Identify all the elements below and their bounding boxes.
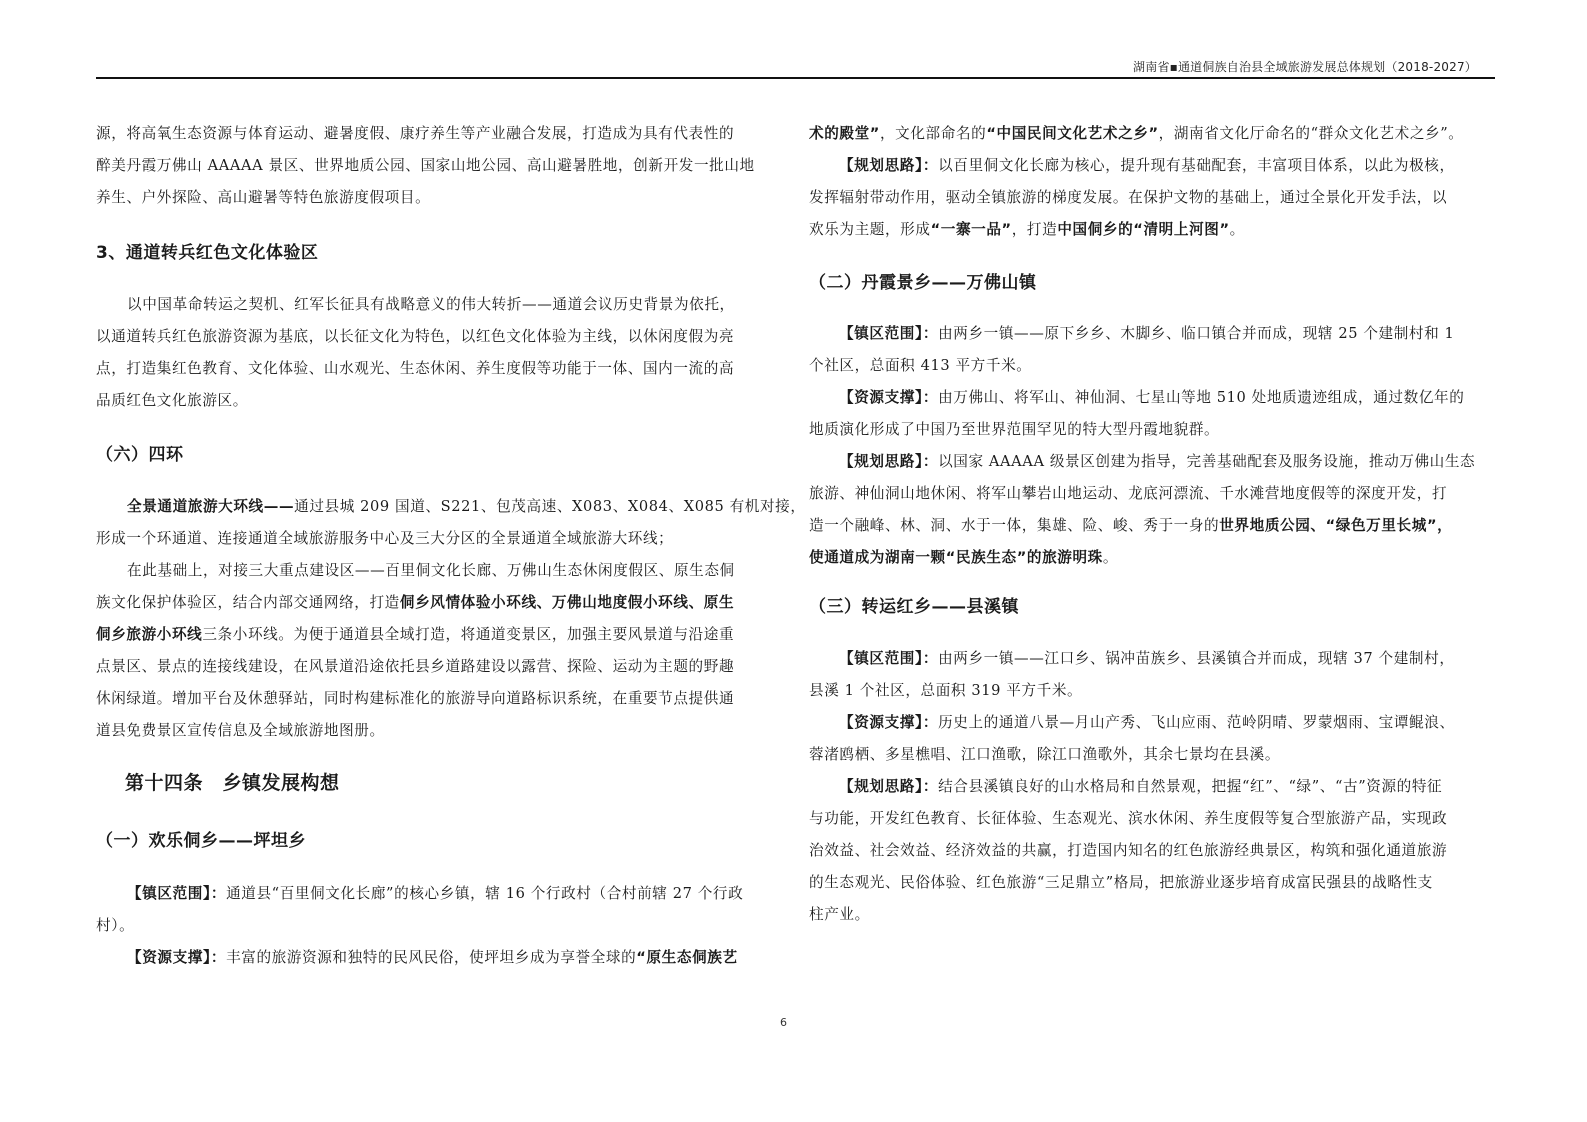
paragraph-line: 侗乡旅游小环线三条小环线。为便于通道县全域打造，将通道变景区，加强主要风景道与沿… — [96, 625, 734, 645]
text: 丰富的旅游资源和独特的民风民俗，使坪坦乡成为享誉全球的 — [226, 949, 636, 966]
text: 结合县溪镇良好的山水格局和自然景观，把握“红”、“绿”、“古”资源的特征 — [938, 778, 1442, 795]
paragraph-line: 【资源支撑】：历史上的通道八景—月山产秀、飞山应雨、范岭阴晴、罗蒙烟雨、宝谭鲲浪… — [839, 713, 1455, 733]
paragraph-line: 【规划思路】：以百里侗文化长廊为核心，提升现有基础配套，丰富项目体系，以此为极核… — [839, 156, 1455, 176]
paragraph-line: 养生、户外探险、高山避暑等特色旅游度假项目。 — [96, 188, 430, 208]
paragraph-line: 【资源支撑】：丰富的旅游资源和独特的民风民俗，使坪坦乡成为享誉全球的“原生态侗族… — [127, 948, 738, 968]
text: 由两乡一镇——江口乡、锅冲苗族乡、县溪镇合并而成，现辖 37 个建制村， — [938, 650, 1454, 667]
paragraph-line: 源，将高氧生态资源与体育运动、避暑度假、康疗养生等产业融合发展，打造成为具有代表… — [96, 124, 734, 144]
text: 。 — [1103, 549, 1118, 566]
bold-term: 侗乡旅游小环线 — [96, 626, 202, 643]
paragraph-line: 【镇区范围】：通道县“百里侗文化长廊”的核心乡镇，辖 16 个行政村（合村前辖 … — [127, 884, 743, 904]
field-label: 【规划思路】： — [839, 157, 938, 174]
page-number: 6 — [780, 1016, 787, 1029]
paragraph-line: 休闲绿道。增加平台及休憩驿站，同时构建标准化的旅游导向道路标识系统，在重要节点提… — [96, 689, 734, 709]
paragraph-line: 柱产业。 — [809, 905, 870, 925]
bold-term: 世界地质公园、“绿色万里长城”， — [1219, 517, 1452, 534]
text: 通道县“百里侗文化长廊”的核心乡镇，辖 16 个行政村（合村前辖 27 个行政 — [226, 885, 743, 902]
section-heading: （六）四环 — [96, 440, 184, 465]
text: 由万佛山、将军山、神仙洞、七星山等地 510 处地质遗迹组成，通过数亿年的 — [938, 389, 1464, 406]
paragraph-line: 全景通道旅游大环线——通过县城 209 国道、S221、包茂高速、X083、X0… — [127, 497, 806, 517]
text: 。 — [1230, 221, 1245, 238]
paragraph-line: 个社区，总面积 413 平方千米。 — [809, 356, 1031, 376]
paragraph-line: 县溪 1 个社区，总面积 319 平方千米。 — [809, 681, 1082, 701]
paragraph-line: 术的殿堂”，文化部命名的“中国民间文化艺术之乡”，湖南省文化厅命名的“群众文化艺… — [809, 124, 1463, 144]
field-label: 【资源支撑】： — [127, 949, 226, 966]
paragraph-line: 在此基础上，对接三大重点建设区——百里侗文化长廊、万佛山生态休闲度假区、原生态侗 — [127, 561, 735, 581]
article-heading: 第十四条 乡镇发展构想 — [125, 768, 340, 795]
text: 以百里侗文化长廊为核心，提升现有基础配套，丰富项目体系，以此为极核， — [938, 157, 1455, 174]
section-heading: （一）欢乐侗乡——坪坦乡 — [96, 826, 306, 851]
text: 通过县城 209 国道、S221、包茂高速、X083、X084、X085 有机对… — [294, 498, 805, 515]
text: 三条小环线。为便于通道县全域打造，将通道变景区，加强主要风景道与沿途重 — [202, 626, 734, 643]
paragraph-line: 点景区、景点的连接线建设，在风景道沿途依托县乡道路建设以露营、探险、运动为主题的… — [96, 657, 734, 677]
paragraph-line: 蓉渚鸥栖、多星樵唱、江口渔歌，除江口渔歌外，其余七景均在县溪。 — [809, 745, 1280, 765]
bold-term: 使通道成为湖南一颗“民族生态”的旅游明珠 — [809, 549, 1103, 566]
paragraph-line: 点，打造集红色教育、文化体验、山水观光、生态休闲、养生度假等功能于一体、国内一流… — [96, 359, 734, 379]
section-heading: （三）转运红乡——县溪镇 — [809, 592, 1019, 617]
field-label: 【镇区范围】： — [839, 650, 938, 667]
paragraph-line: 村）。 — [96, 916, 134, 936]
field-label: 【资源支撑】： — [839, 714, 938, 731]
paragraph-line: 形成一个环通道、连接通道全域旅游服务中心及三大分区的全景通道全域旅游大环线； — [96, 529, 673, 549]
paragraph-line: 的生态观光、民俗体验、红色旅游“三足鼎立”格局，把旅游业逐步培育成富民强县的战略… — [809, 873, 1433, 893]
paragraph-line: 族文化保护体验区，结合内部交通网络，打造侗乡风情体验小环线、万佛山地度假小环线、… — [96, 593, 734, 613]
field-label: 【资源支撑】： — [839, 389, 938, 406]
field-label: 【规划思路】： — [839, 778, 938, 795]
text: 由两乡一镇——原下乡乡、木脚乡、临口镇合并而成，现辖 25 个建制村和 1 — [938, 325, 1454, 342]
paragraph-line: 地质演化形成了中国乃至世界范围罕见的特大型丹霞地貌群。 — [809, 420, 1219, 440]
paragraph-line: 以中国革命转运之契机、红军长征具有战略意义的伟大转折——通道会议历史背景为依托， — [127, 295, 735, 315]
text: 历史上的通道八景—月山产秀、飞山应雨、范岭阴晴、罗蒙烟雨、宝谭鲲浪、 — [938, 714, 1455, 731]
paragraph-line: 道县免费景区宣传信息及全域旅游地图册。 — [96, 721, 385, 741]
bold-term: “一寨一品” — [931, 221, 1012, 238]
field-label: 【规划思路】： — [839, 453, 938, 470]
text: ，湖南省文化厅命名的“群众文化艺术之乡”。 — [1159, 125, 1464, 142]
section-heading: 3、通道转兵红色文化体验区 — [96, 238, 318, 263]
bold-term: 侗乡风情体验小环线、万佛山地度假小环线、原生 — [400, 594, 734, 611]
text: 族文化保护体验区，结合内部交通网络，打造 — [96, 594, 400, 611]
paragraph-line: 【规划思路】：结合县溪镇良好的山水格局和自然景观，把握“红”、“绿”、“古”资源… — [839, 777, 1442, 797]
paragraph-line: 【规划思路】：以国家 AAAAA 级景区创建为指导，完善基础配套及服务设施，推动… — [839, 452, 1475, 472]
field-label: 【镇区范围】： — [127, 885, 226, 902]
text: 欢乐为主题，形成 — [809, 221, 931, 238]
paragraph-line: 【镇区范围】：由两乡一镇——原下乡乡、木脚乡、临口镇合并而成，现辖 25 个建制… — [839, 324, 1454, 344]
paragraph-line: 使通道成为湖南一颗“民族生态”的旅游明珠。 — [809, 548, 1118, 568]
document-header-title: 湖南省▪通道侗族自治县全域旅游发展总体规划（2018-2027） — [1133, 58, 1477, 75]
paragraph-line: 治效益、社会效益、经济效益的共赢，打造国内知名的红色旅游经典景区，构筑和强化通道… — [809, 841, 1447, 861]
header-divider — [96, 77, 1495, 79]
text: 造一个融峰、林、洞、水于一体，集雄、险、峻、秀于一身的 — [809, 517, 1219, 534]
paragraph-line: 旅游、神仙洞山地休闲、将军山攀岩山地运动、龙底河漂流、千水滩营地度假等的深度开发… — [809, 484, 1447, 504]
text: ，文化部命名的 — [880, 125, 986, 142]
paragraph-line: 【资源支撑】：由万佛山、将军山、神仙洞、七星山等地 510 处地质遗迹组成，通过… — [839, 388, 1464, 408]
section-heading: （二）丹霞景乡——万佛山镇 — [809, 268, 1037, 293]
bold-term: 全景通道旅游大环线—— — [127, 498, 294, 515]
bold-term: “中国民间文化艺术之乡” — [986, 125, 1158, 142]
bold-term: 中国侗乡的“清明上河图” — [1057, 221, 1229, 238]
paragraph-line: 造一个融峰、林、洞、水于一体，集雄、险、峻、秀于一身的世界地质公园、“绿色万里长… — [809, 516, 1452, 536]
paragraph-line: 以通道转兵红色旅游资源为基底，以长征文化为特色，以红色文化体验为主线，以休闲度假… — [96, 327, 734, 347]
text: ，打造 — [1012, 221, 1058, 238]
bold-term: 术的殿堂” — [809, 125, 880, 142]
paragraph-line: 与功能，开发红色教育、长征体验、生态观光、滨水休闲、养生度假等复合型旅游产品，实… — [809, 809, 1447, 829]
paragraph-line: 发挥辐射带动作用，驱动全镇旅游的梯度发展。在保护文物的基础上，通过全景化开发手法… — [809, 188, 1447, 208]
text: 以国家 AAAAA 级景区创建为指导，完善基础配套及服务设施，推动万佛山生态 — [938, 453, 1475, 470]
bold-term: “原生态侗族艺 — [636, 949, 737, 966]
paragraph-line: 【镇区范围】：由两乡一镇——江口乡、锅冲苗族乡、县溪镇合并而成，现辖 37 个建… — [839, 649, 1455, 669]
paragraph-line: 品质红色文化旅游区。 — [96, 391, 248, 411]
paragraph-line: 醉美丹霞万佛山 AAAAA 景区、世界地质公园、国家山地公园、高山避暑胜地，创新… — [96, 156, 755, 176]
paragraph-line: 欢乐为主题，形成“一寨一品”，打造中国侗乡的“清明上河图”。 — [809, 220, 1245, 240]
field-label: 【镇区范围】： — [839, 325, 938, 342]
